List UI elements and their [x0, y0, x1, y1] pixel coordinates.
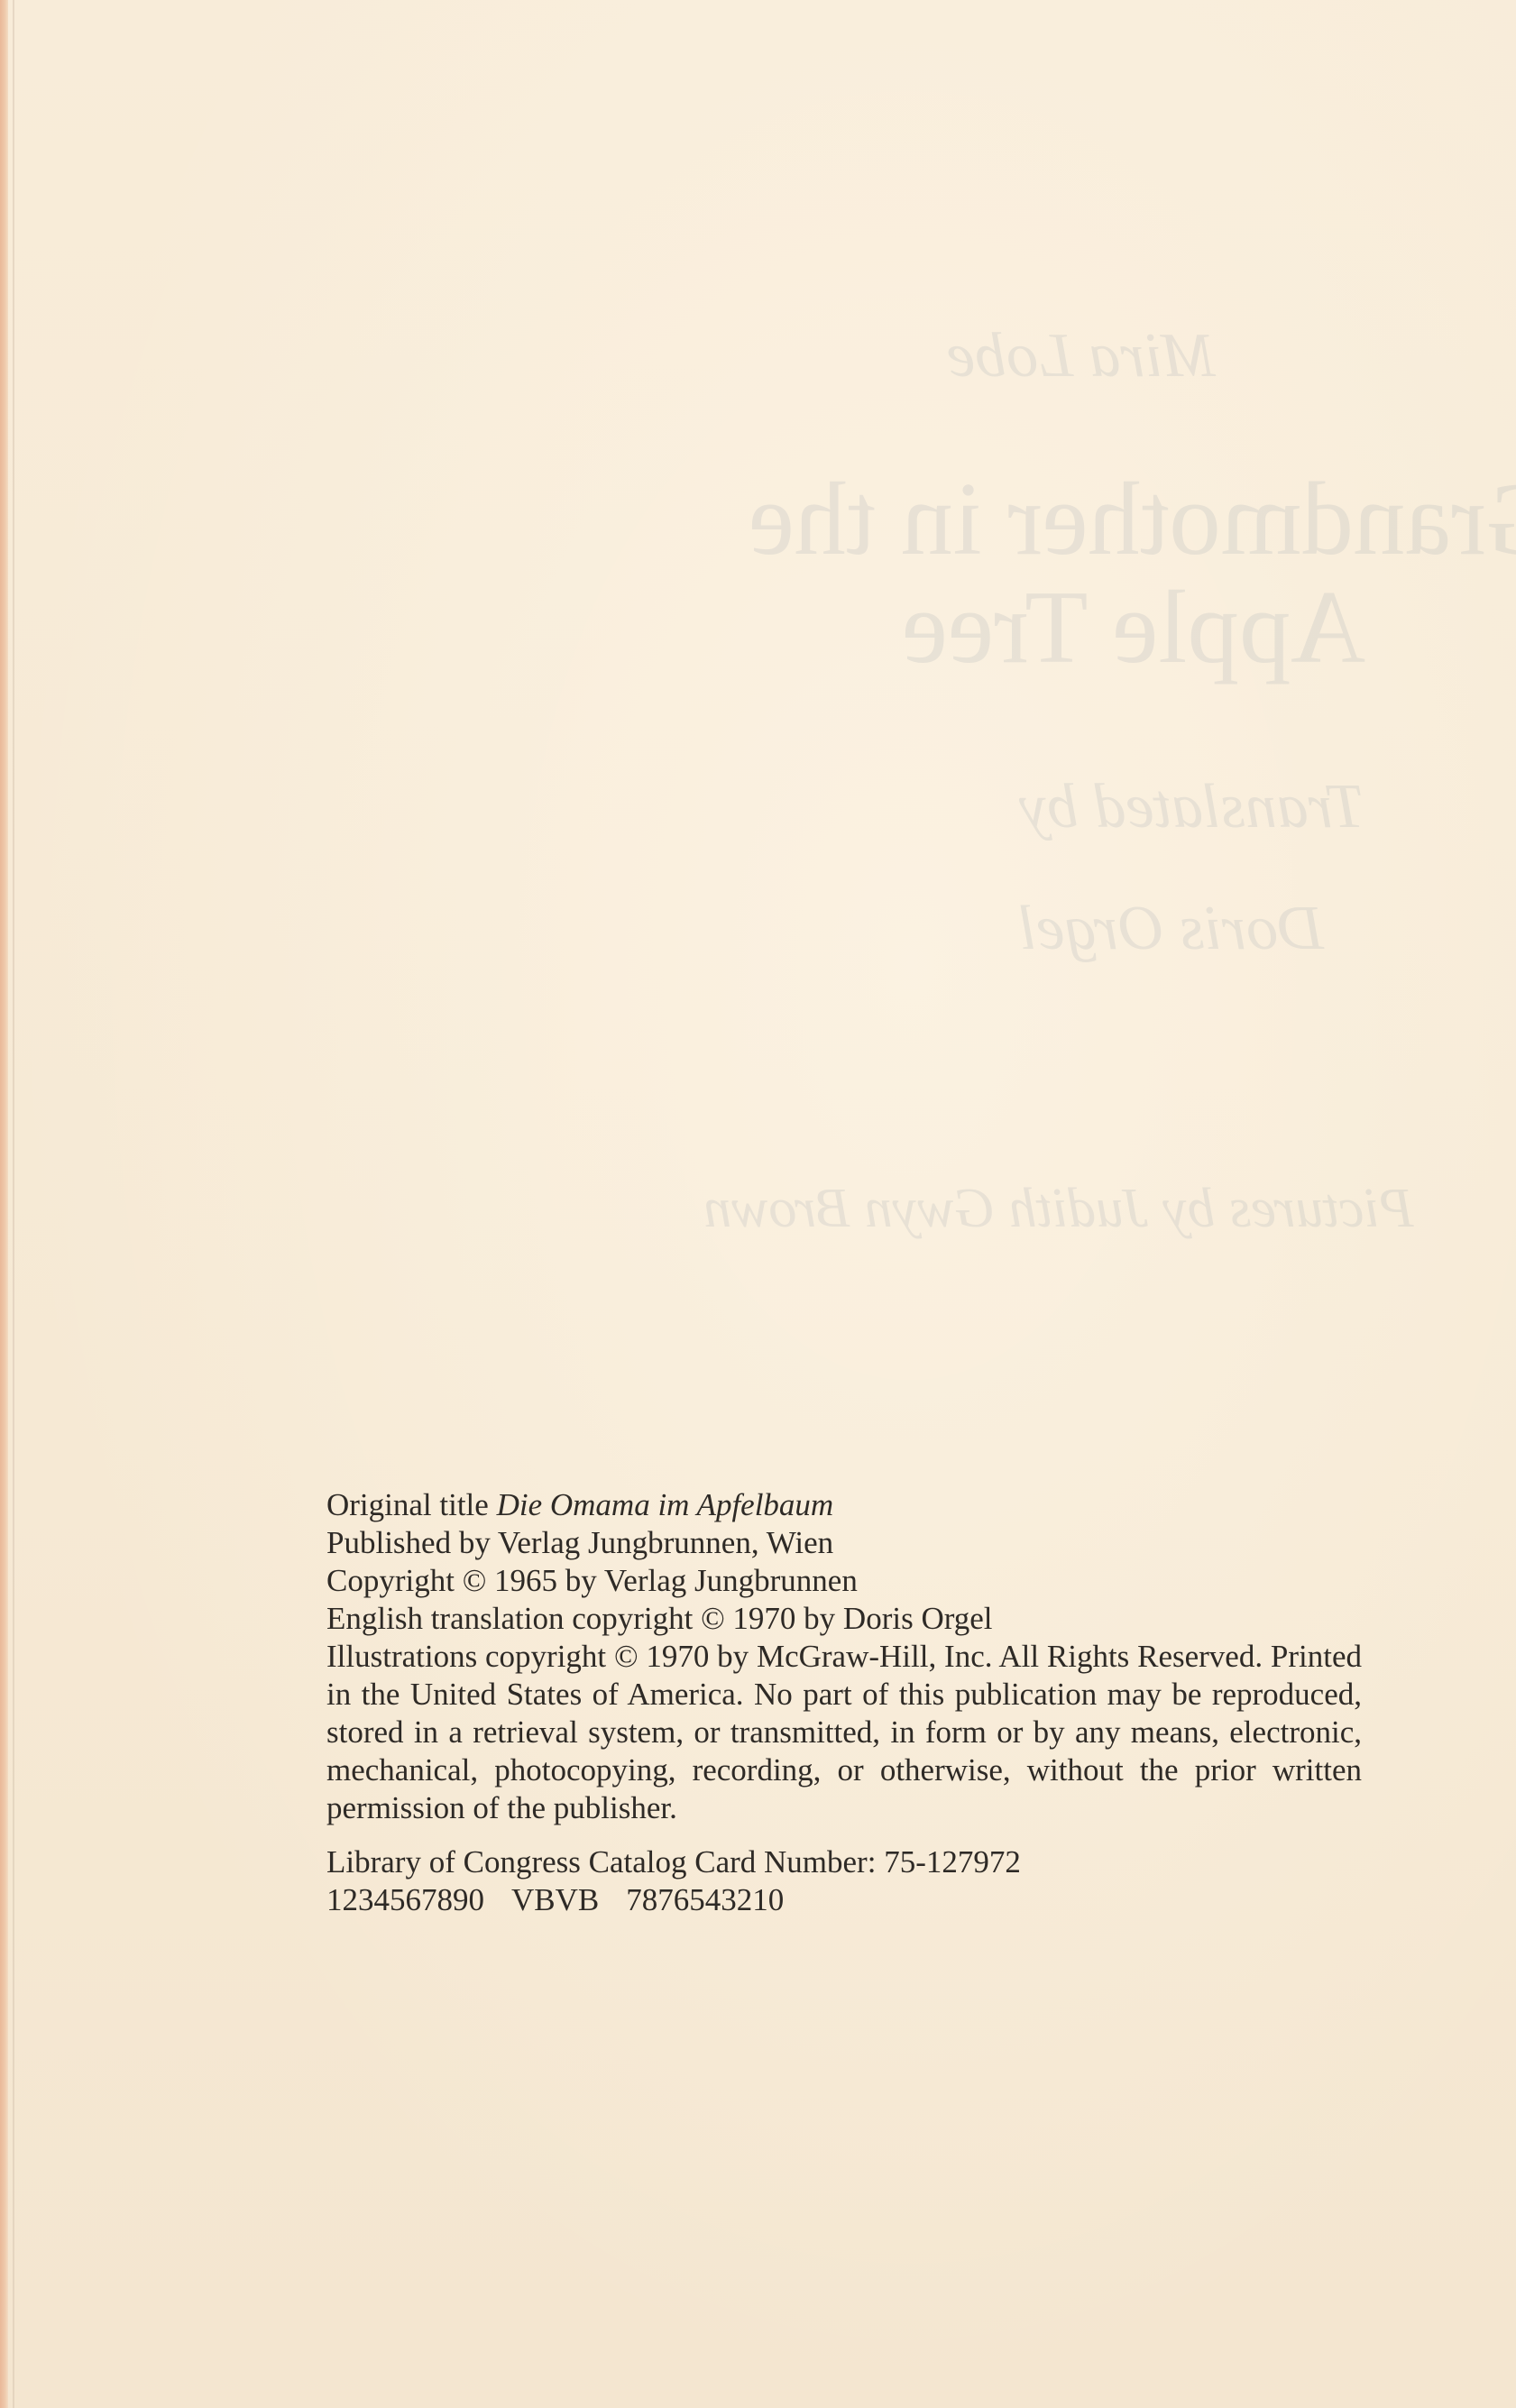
bleed-through-pictures-by: Pictures by Judith Gwyn Brown	[703, 1177, 1414, 1241]
original-title-line: Original title Die Omama im Apfelbaum	[326, 1486, 1362, 1524]
copyright-block: Original title Die Omama im Apfelbaum Pu…	[326, 1486, 1362, 1919]
rights-paragraph: Illustrations copyright © 1970 by McGraw…	[326, 1638, 1362, 1827]
translation-copyright-line: English translation copyright © 1970 by …	[326, 1600, 1362, 1638]
print-numbers: 1234567890	[326, 1882, 484, 1917]
bleed-through-author: Mira Lobe	[947, 320, 1216, 392]
page-edge	[0, 0, 8, 2408]
publisher-line: Published by Verlag Jungbrunnen, Wien	[326, 1524, 1362, 1562]
bleed-through-translator: Doris Orgel	[1019, 893, 1324, 965]
print-code-line: 1234567890VBVB7876543210	[326, 1881, 1362, 1919]
original-title: Die Omama im Apfelbaum	[497, 1487, 834, 1522]
bleed-through-title-line2: Apple Tree	[902, 568, 1365, 687]
bleed-through-translated-by: Translated by	[1019, 771, 1364, 843]
page-edge-line	[13, 0, 14, 2408]
bleed-through-title-line1: The Grandmother in the	[749, 460, 1516, 579]
book-page: Mira Lobe The Grandmother in the Apple T…	[0, 0, 1516, 2408]
print-reverse-numbers: 7876543210	[626, 1882, 784, 1917]
lccn-line: Library of Congress Catalog Card Number:…	[326, 1843, 1362, 1881]
copyright-1965-line: Copyright © 1965 by Verlag Jungbrunnen	[326, 1562, 1362, 1600]
print-code: VBVB	[511, 1882, 599, 1917]
original-title-label: Original title	[326, 1487, 497, 1522]
